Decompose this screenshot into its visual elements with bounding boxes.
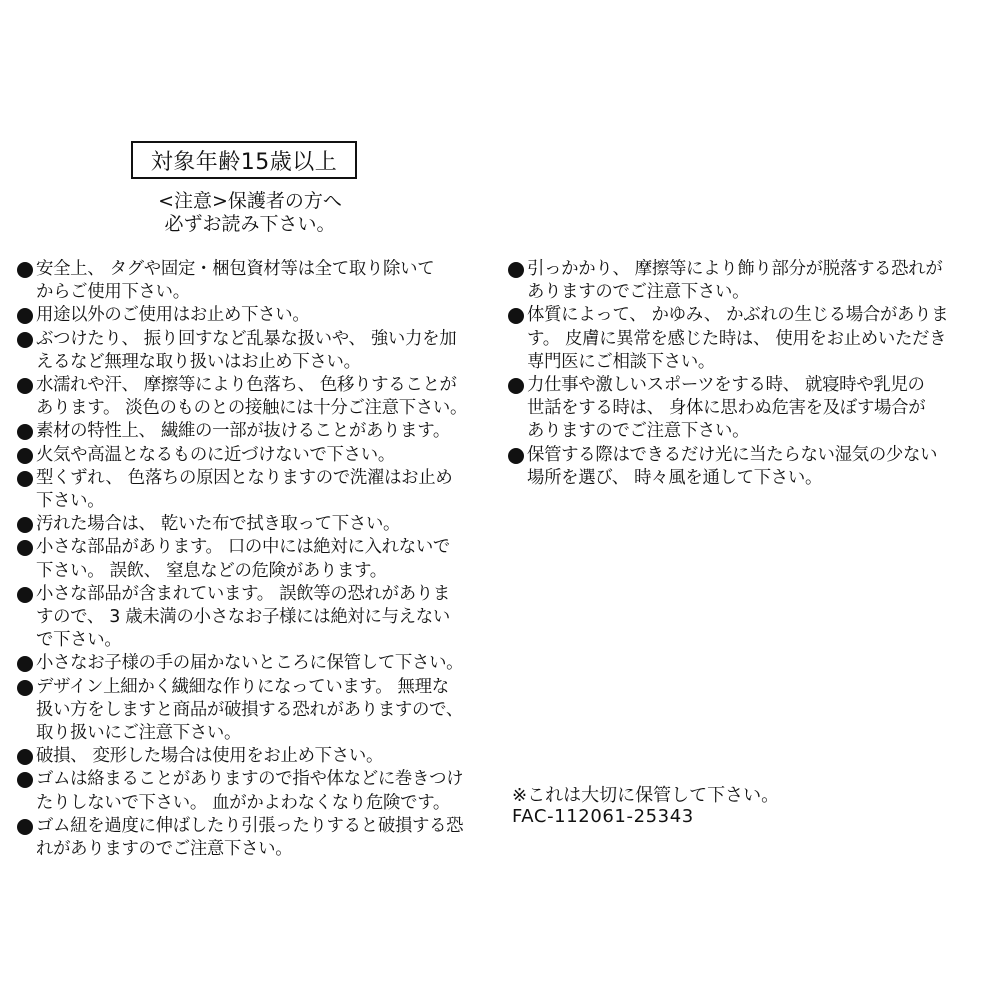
bullet-icon xyxy=(17,680,33,696)
caution-item-text: 小さなお子様の手の届かないところに保管して下さい。 xyxy=(36,652,496,675)
caution-item-text: 保管する際はできるだけ光に当たらない湿気の少ない xyxy=(527,444,987,467)
product-code: FAC-112061-25343 xyxy=(512,806,694,827)
target-age-box: 対象年齢15歳以上 xyxy=(131,141,357,179)
bullet-icon xyxy=(508,448,524,464)
caution-item-text: あります。 淡色のものとの接触には十分ご注意下さい。 xyxy=(36,397,496,420)
caution-item-text: 場所を選び、 時々風を通して下さい。 xyxy=(527,467,987,490)
bullet-icon xyxy=(17,819,33,835)
caution-item-text: ゴムは絡まることがありますので指や体などに巻きつけ xyxy=(36,768,496,791)
bullet-icon xyxy=(17,656,33,672)
caution-item: ゴム紐を過度に伸ばしたり引張ったりすると破損する恐れがありますのでご注意下さい。 xyxy=(16,815,496,861)
keep-this-note: ※これは大切に保管して下さい。 xyxy=(512,785,779,806)
caution-item: 火気や高温となるものに近づけないで下さい。 xyxy=(16,444,496,467)
caution-item-text: デザイン上細かく繊細な作りになっています。 無理な xyxy=(36,676,496,699)
caution-item-text: 素材の特性上、 繊維の一部が抜けることがあります。 xyxy=(36,420,496,443)
caution-item-text: すので、 3 歳未満の小さなお子様には絶対に与えない xyxy=(36,606,496,629)
caution-item-text: 力仕事や激しいスポーツをする時、 就寝時や乳児の xyxy=(527,374,987,397)
bullet-icon xyxy=(17,448,33,464)
caution-item: ゴムは絡まることがありますので指や体などに巻きつけたりしないで下さい。 血がかよ… xyxy=(16,768,496,814)
caution-item: デザイン上細かく繊細な作りになっています。 無理な扱い方をしますと商品が破損する… xyxy=(16,676,496,746)
notice-heading-guardians: <注意>保護者の方へ xyxy=(120,190,380,213)
caution-item-text: で下さい。 xyxy=(36,629,496,652)
caution-item-text: 取り扱いにご注意下さい。 xyxy=(36,722,496,745)
bullet-icon xyxy=(17,424,33,440)
bullet-icon xyxy=(17,749,33,765)
caution-item-text: 用途以外のご使用はお止め下さい。 xyxy=(36,304,496,327)
caution-item-text: 引っかかり、 摩擦等により飾り部分が脱落する恐れが xyxy=(527,258,987,281)
bullet-icon xyxy=(17,471,33,487)
caution-item-text: からご使用下さい。 xyxy=(36,281,496,304)
caution-item-text: 小さな部品があります。 口の中には絶対に入れないで xyxy=(36,536,496,559)
caution-item: 引っかかり、 摩擦等により飾り部分が脱落する恐れがありますのでご注意下さい。 xyxy=(507,258,987,304)
bullet-icon xyxy=(508,308,524,324)
caution-item-text: ありますのでご注意下さい。 xyxy=(527,420,987,443)
caution-item-text: す。 皮膚に異常を感じた時は、 使用をお止めいただき xyxy=(527,328,987,351)
caution-item-text: 世話をする時は、 身体に思わぬ危害を及ぼす場合が xyxy=(527,397,987,420)
bullet-icon xyxy=(17,587,33,603)
caution-item-text: 体質によって、 かゆみ、 かぶれの生じる場合がありま xyxy=(527,304,987,327)
caution-item: 型くずれ、 色落ちの原因となりますので洗濯はお止め下さい。 xyxy=(16,467,496,513)
caution-item-text: ぶつけたり、 振り回すなど乱暴な扱いや、 強い力を加 xyxy=(36,328,496,351)
caution-item-text: 専門医にご相談下さい。 xyxy=(527,351,987,374)
caution-item: 体質によって、 かゆみ、 かぶれの生じる場合があります。 皮膚に異常を感じた時は… xyxy=(507,304,987,374)
caution-item: 破損、 変形した場合は使用をお止め下さい。 xyxy=(16,745,496,768)
caution-item: ぶつけたり、 振り回すなど乱暴な扱いや、 強い力を加えるなど無理な取り扱いはお止… xyxy=(16,328,496,374)
caution-item-text: えるなど無理な取り扱いはお止め下さい。 xyxy=(36,351,496,374)
caution-item-text: ありますのでご注意下さい。 xyxy=(527,281,987,304)
bullet-icon xyxy=(17,772,33,788)
notice-heading-please-read: 必ずお読み下さい。 xyxy=(120,213,380,236)
caution-item-text: 安全上、 タグや固定・梱包資材等は全て取り除いて xyxy=(36,258,496,281)
bullet-icon xyxy=(17,308,33,324)
caution-item: 安全上、 タグや固定・梱包資材等は全て取り除いてからご使用下さい。 xyxy=(16,258,496,304)
caution-item: 小さなお子様の手の届かないところに保管して下さい。 xyxy=(16,652,496,675)
bullet-icon xyxy=(17,540,33,556)
caution-item: 力仕事や激しいスポーツをする時、 就寝時や乳児の世話をする時は、 身体に思わぬ危… xyxy=(507,374,987,444)
bullet-icon xyxy=(17,332,33,348)
bullet-icon xyxy=(508,262,524,278)
caution-item: 汚れた場合は、 乾いた布で拭き取って下さい。 xyxy=(16,513,496,536)
caution-item-text: 水濡れや汗、 摩擦等により色落ち、 色移りすることが xyxy=(36,374,496,397)
caution-item-text: 型くずれ、 色落ちの原因となりますので洗濯はお止め xyxy=(36,467,496,490)
caution-item: 小さな部品があります。 口の中には絶対に入れないで下さい。 誤飲、 窒息などの危… xyxy=(16,536,496,582)
caution-item-text: 火気や高温となるものに近づけないで下さい。 xyxy=(36,444,496,467)
bullet-icon xyxy=(508,378,524,394)
caution-item: 水濡れや汗、 摩擦等により色落ち、 色移りすることがあります。 淡色のものとの接… xyxy=(16,374,496,420)
caution-item: 用途以外のご使用はお止め下さい。 xyxy=(16,304,496,327)
bullet-icon xyxy=(17,262,33,278)
caution-item-text: 下さい。 誤飲、 窒息などの危険があります。 xyxy=(36,560,496,583)
caution-item: 小さな部品が含まれています。 誤飲等の恐れがありますので、 3 歳未満の小さなお… xyxy=(16,583,496,653)
caution-item: 保管する際はできるだけ光に当たらない湿気の少ない場所を選び、 時々風を通して下さ… xyxy=(507,444,987,490)
caution-item-text: れがありますのでご注意下さい。 xyxy=(36,838,496,861)
caution-list-left: 安全上、 タグや固定・梱包資材等は全て取り除いてからご使用下さい。用途以外のご使… xyxy=(16,258,496,861)
caution-item-text: ゴム紐を過度に伸ばしたり引張ったりすると破損する恐 xyxy=(36,815,496,838)
caution-item-text: たりしないで下さい。 血がかよわなくなり危険です。 xyxy=(36,792,496,815)
caution-item-text: 下さい。 xyxy=(36,490,496,513)
caution-item-text: 破損、 変形した場合は使用をお止め下さい。 xyxy=(36,745,496,768)
bullet-icon xyxy=(17,517,33,533)
caution-item-text: 汚れた場合は、 乾いた布で拭き取って下さい。 xyxy=(36,513,496,536)
caution-item-text: 扱い方をしますと商品が破損する恐れがありますので、 xyxy=(36,699,496,722)
caution-list-right: 引っかかり、 摩擦等により飾り部分が脱落する恐れがありますのでご注意下さい。体質… xyxy=(507,258,987,490)
target-age-label: 対象年齢15歳以上 xyxy=(151,145,338,176)
caution-item: 素材の特性上、 繊維の一部が抜けることがあります。 xyxy=(16,420,496,443)
bullet-icon xyxy=(17,378,33,394)
caution-item-text: 小さな部品が含まれています。 誤飲等の恐れがありま xyxy=(36,583,496,606)
